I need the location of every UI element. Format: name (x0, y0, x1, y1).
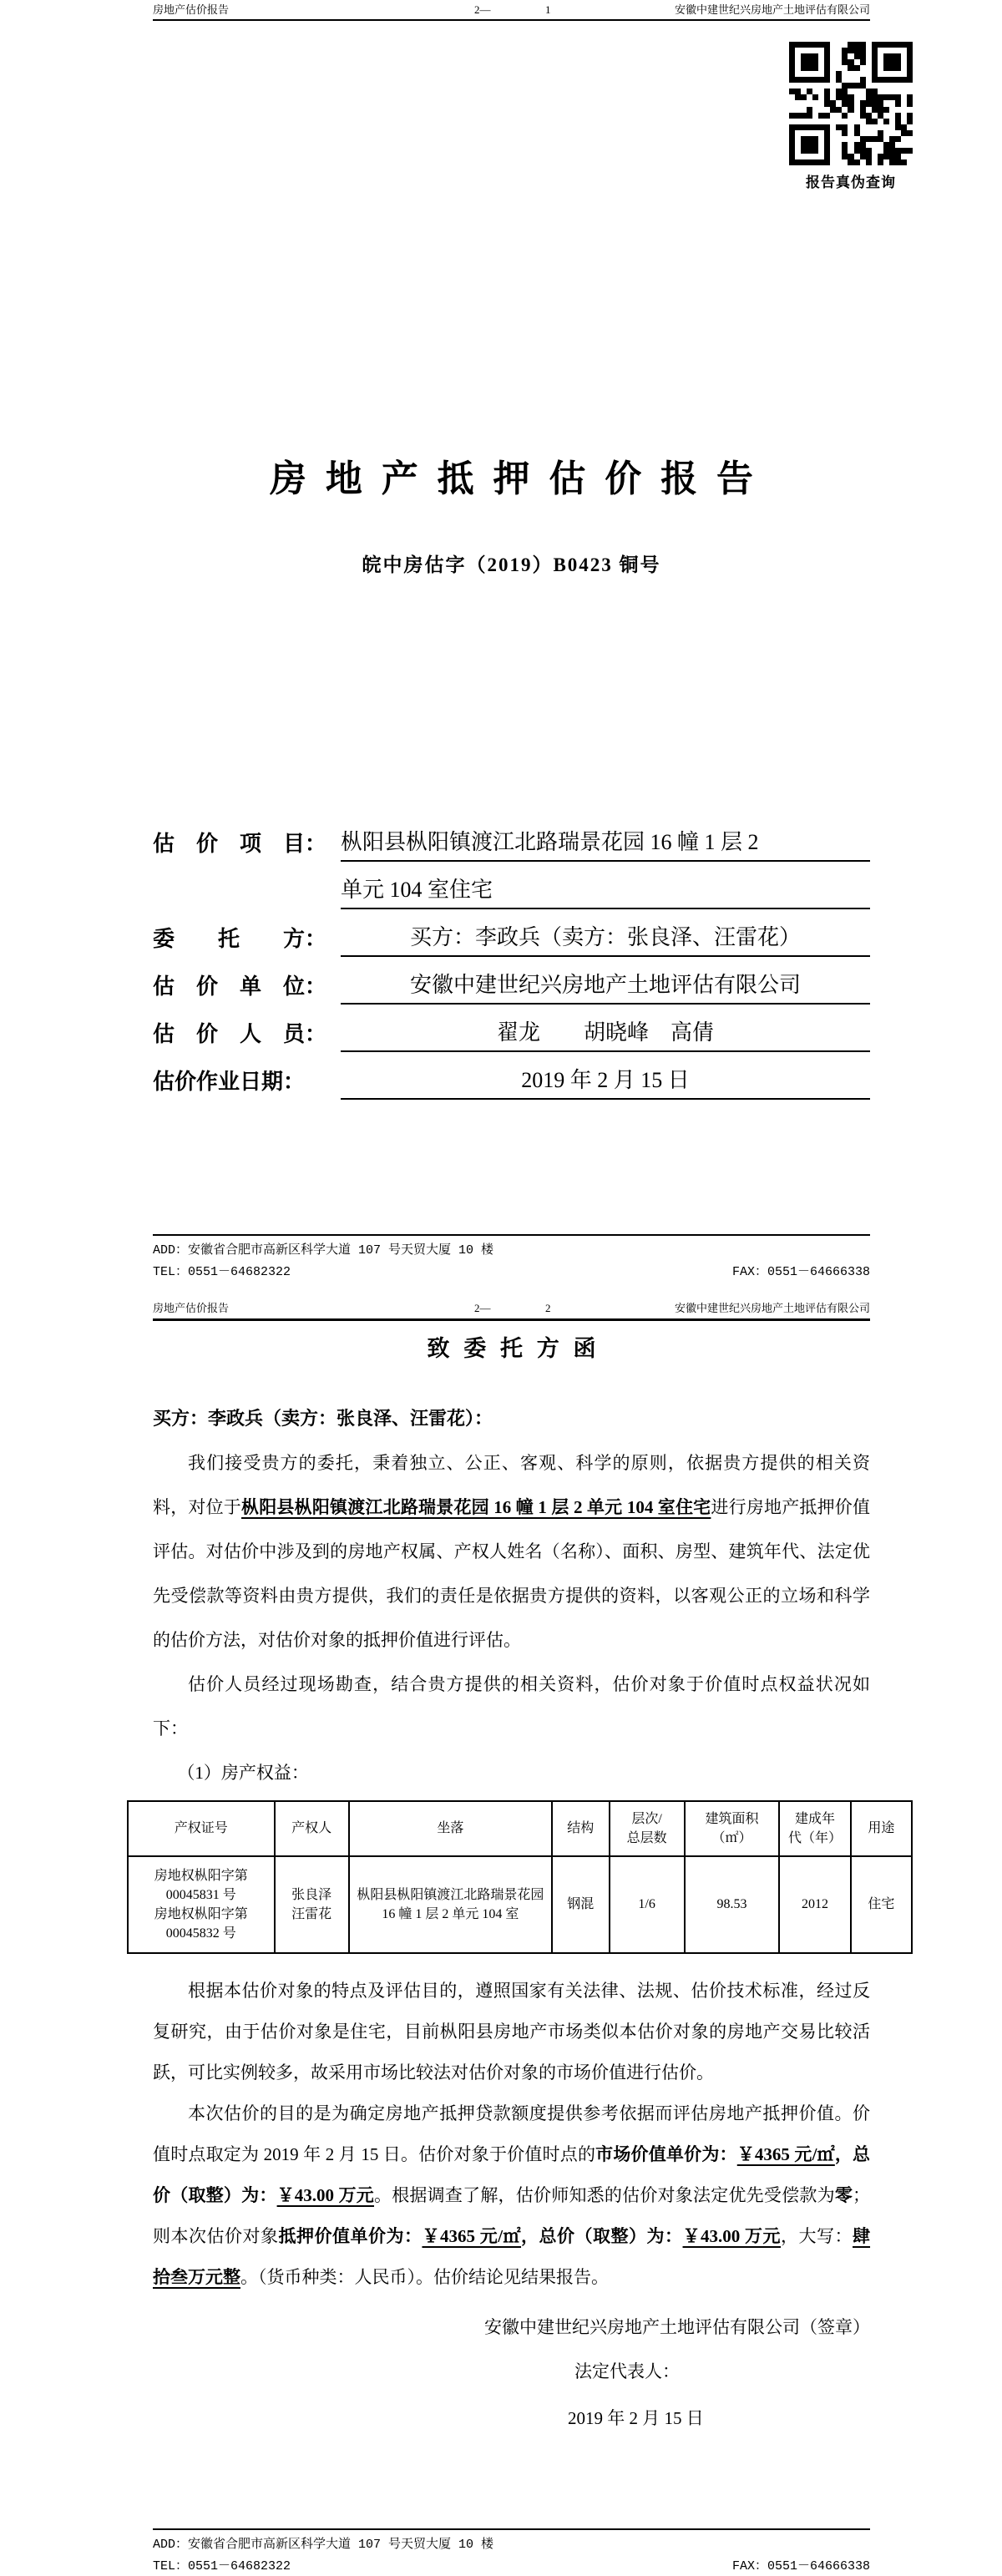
letter-paragraph-2: 估价人员经过现场勘查，结合贵方提供的相关资料，估价对象于价值时点权益状况如下： (153, 1663, 870, 1751)
para4-zero: 零 (835, 2185, 853, 2205)
qr-finder-bottom-left (789, 124, 830, 165)
property-rights-table: 产权证号 产权人 坐落 结构 层次/ 总层数 建筑面积 （㎡） 建成年 代（年）… (127, 1800, 913, 1954)
footer-fax: FAX：0551－64666338 (732, 2556, 870, 2576)
cell-cert-no: 房地权枞阳字第 00045831 号 房地权枞阳字第 00045832 号 (128, 1856, 275, 1953)
footer-tel: TEL：0551－64682322 (153, 1262, 291, 1283)
field-valuers-label: 估 价 人 员： (153, 1020, 341, 1052)
report-number: 皖中房估字（2019）B0423 铜号 (153, 549, 870, 577)
cell-location: 枞阳县枞阳镇渡江北路瑞景花园 16 幢 1 层 2 单元 104 室 (349, 1856, 552, 1953)
qr-finder-top-left (789, 42, 830, 83)
qr-code-icon (789, 42, 913, 165)
cell-area: 98.53 (685, 1856, 780, 1953)
para1-run-normal-2: 进行房地产抵押价值评估。对估价中涉及到的房地产权属、产权人姓名（名称）、面积、房… (153, 1497, 870, 1650)
report-page-1: 房地产估价报告 2— 1 安徽中建世纪兴房地产土地评估有限公司 报告真伪查询 房… (0, 0, 1002, 1298)
header-company-name: 安徽中建世纪兴房地产土地评估有限公司 (675, 1301, 870, 1316)
letter-paragraph-1: 我们接受贵方的委托，秉着独立、公正、客观、科学的原则，依据贵方提供的相关资料，对… (153, 1441, 870, 1663)
field-valuation-date-value: 2019 年 2 月 15 日 (341, 1066, 870, 1100)
col-header-owner: 产权人 (275, 1801, 349, 1856)
field-valuers: 估 价 人 员： 翟龙 胡晓峰 高倩 (153, 1014, 870, 1052)
cell-structure: 钢混 (552, 1856, 610, 1953)
field-agency-value: 安徽中建世纪兴房地产土地评估有限公司 (341, 971, 870, 1005)
item-property-rights: （1）房产权益： (153, 1751, 870, 1795)
para4-total-price-label-2: ，总价（取整）为： (521, 2226, 682, 2246)
signature-date: 2019 年 2 月 15 日 (568, 2396, 870, 2442)
footer-contact-row: TEL：0551－64682322 FAX：0551－64666338 (153, 2556, 870, 2576)
cell-owner: 张良泽 汪雷花 (275, 1856, 349, 1953)
page1-footer: ADD：安徽省合肥市高新区科学大道 107 号天贸大厦 10 楼 TEL：055… (153, 1234, 870, 1283)
header-page-number: 1 (545, 3, 551, 18)
letter-title: 致委托方函 (153, 1330, 870, 1363)
footer-address: ADD：安徽省合肥市高新区科学大道 107 号天贸大厦 10 楼 (153, 1240, 870, 1262)
field-agency-label: 估 价 单 位： (153, 973, 341, 1005)
cell-year: 2012 (779, 1856, 850, 1953)
col-header-floor: 层次/ 总层数 (610, 1801, 685, 1856)
para4-total-price-2: ￥43.00 万元 (683, 2226, 782, 2246)
field-project: 估 价 项 目： 枞阳县枞阳镇渡江北路瑞景花园 16 幢 1 层 2 (153, 823, 870, 862)
para4-market-unit-price-label: 市场价值单价为： (595, 2144, 737, 2164)
header-page-marker: 2— (474, 3, 491, 18)
cover-fields: 估 价 项 目： 枞阳县枞阳镇渡江北路瑞景花园 16 幢 1 层 2 单元 10… (153, 823, 870, 1109)
page2-running-header: 房地产估价报告 2— 2 安徽中建世纪兴房地产土地评估有限公司 (153, 1301, 870, 1321)
report-page-2: 房地产估价报告 2— 2 安徽中建世纪兴房地产土地评估有限公司 致委托方函 买方… (0, 1298, 1002, 2576)
footer-contact-row: TEL：0551－64682322 FAX：0551－64666338 (153, 1262, 870, 1283)
footer-address: ADD：安徽省合肥市高新区科学大道 107 号天贸大厦 10 楼 (153, 2534, 870, 2556)
header-page-number: 2 (545, 1301, 551, 1316)
para4-mortgage-unit-price: ￥4365 元/㎡ (422, 2226, 521, 2246)
header-company-name: 安徽中建世纪兴房地产土地评估有限公司 (675, 3, 870, 18)
para4-market-unit-price: ￥4365 元/㎡ (737, 2144, 835, 2164)
letter-paragraph-4: 本次估价的目的是为确定房地产抵押贷款额度提供参考依据而评估房地产抵押价值。价值时… (153, 2093, 870, 2298)
field-valuation-date: 估价作业日期： 2019 年 2 月 15 日 (153, 1061, 870, 1100)
field-project-value-line2: 单元 104 室住宅 (341, 876, 870, 909)
field-project-label: 估 价 项 目： (153, 830, 341, 862)
field-valuation-date-label: 估价作业日期： (153, 1068, 341, 1100)
header-page-marker: 2— (474, 1301, 491, 1316)
field-client: 委 托 方： 买方：李政兵（卖方：张良泽、汪雷花） (153, 919, 870, 957)
qr-block: 报告真伪查询 (789, 42, 914, 191)
para4-total-price-1: ￥43.00 万元 (277, 2185, 374, 2205)
para4-mortgage-unit-price-label: 抵押价值单价为： (278, 2226, 422, 2246)
field-valuers-value: 翟龙 胡晓峰 高倩 (341, 1019, 870, 1052)
col-header-structure: 结构 (552, 1801, 610, 1856)
col-header-cert-no: 产权证号 (128, 1801, 275, 1856)
field-agency: 估 价 单 位： 安徽中建世纪兴房地产土地评估有限公司 (153, 966, 870, 1005)
para4-run-12: ，大写： (781, 2226, 853, 2246)
table-header-row: 产权证号 产权人 坐落 结构 层次/ 总层数 建筑面积 （㎡） 建成年 代（年）… (128, 1801, 912, 1856)
letter-salutation: 买方：李政兵（卖方：张良泽、汪雷花）： (153, 1406, 870, 1431)
para1-property-address: 枞阳县枞阳镇渡江北路瑞景花园 16 幢 1 层 2 单元 104 室住宅 (241, 1497, 711, 1517)
company-signature: 安徽中建世纪兴房地产土地评估有限公司（签章） (153, 2306, 870, 2348)
header-doc-type: 房地产估价报告 (153, 1301, 229, 1316)
col-header-year: 建成年 代（年） (779, 1801, 850, 1856)
page1-running-header: 房地产估价报告 2— 1 安徽中建世纪兴房地产土地评估有限公司 (153, 3, 870, 21)
para4-run-14: 。（货币种类：人民币）。估价结论见结果报告。 (240, 2267, 609, 2287)
field-client-label: 委 托 方： (153, 925, 341, 957)
col-header-usage: 用途 (851, 1801, 912, 1856)
col-header-area: 建筑面积 （㎡） (685, 1801, 780, 1856)
legal-representative-label: 法定代表人： (574, 2348, 870, 2396)
cell-usage: 住宅 (851, 1856, 912, 1953)
header-doc-type: 房地产估价报告 (153, 3, 229, 18)
field-client-value: 买方：李政兵（卖方：张良泽、汪雷花） (341, 924, 870, 957)
letter-to-client: 致委托方函 买方：李政兵（卖方：张良泽、汪雷花）： 我们接受贵方的委托，秉着独立… (153, 1330, 870, 2442)
footer-fax: FAX：0551－64666338 (732, 1262, 870, 1283)
qr-caption: 报告真伪查询 (789, 170, 913, 191)
page2-footer: ADD：安徽省合肥市高新区科学大道 107 号天贸大厦 10 楼 TEL：055… (153, 2528, 870, 2576)
para4-run-5: 。根据调查了解，估价师知悉的估价对象法定优先受偿款为 (374, 2185, 835, 2205)
letter-paragraph-3: 根据本估价对象的特点及评估目的，遵照国家有关法律、法规、估价技术标准，经过反复研… (153, 1971, 870, 2093)
qr-finder-top-right (872, 42, 913, 83)
col-header-location: 坐落 (349, 1801, 552, 1856)
cell-floor: 1/6 (610, 1856, 685, 1953)
field-project-value-line1: 枞阳县枞阳镇渡江北路瑞景花园 16 幢 1 层 2 (341, 828, 870, 862)
footer-tel: TEL：0551－64682322 (153, 2556, 291, 2576)
table-row: 房地权枞阳字第 00045831 号 房地权枞阳字第 00045832 号 张良… (128, 1856, 912, 1953)
report-title: 房地产抵押估价报告 (153, 448, 870, 502)
field-project-continuation: 单元 104 室住宅 (341, 871, 870, 909)
